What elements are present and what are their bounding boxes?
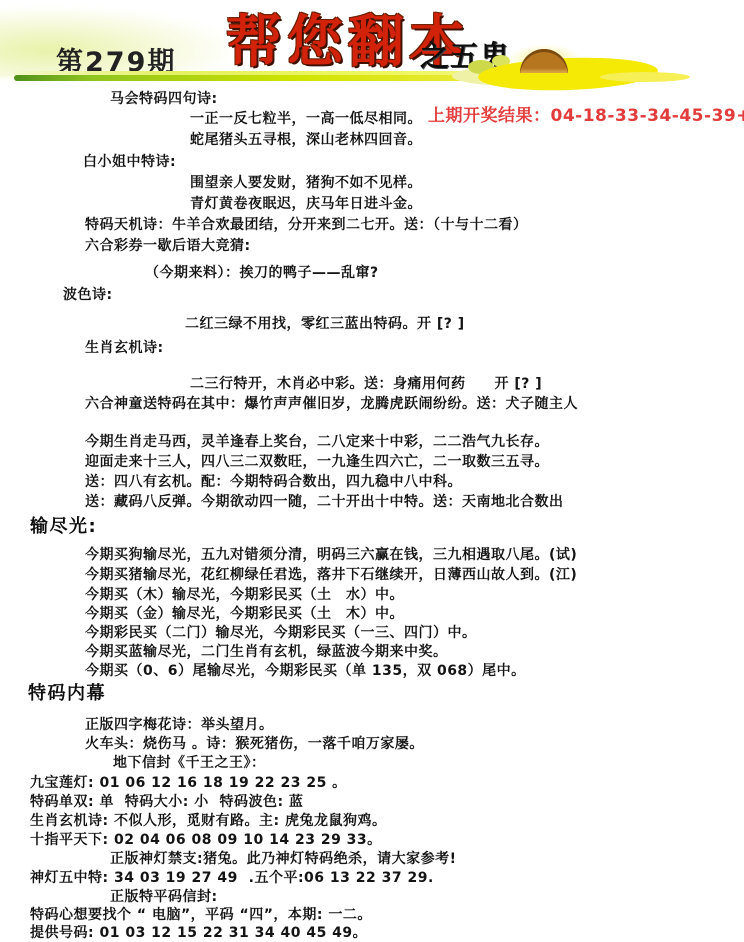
text-line: 火车头：烧伤马 。诗：猴死猪伤，一落千咱万家屡。 (85, 735, 424, 754)
text-line: 六合彩券一歇后语大竞猜: (85, 237, 251, 256)
text-line: 围望亲人要发财，猪狗不如不见样。 (190, 174, 422, 193)
text-line: 蛇尾猪头五寻根，深山老林四回音。 (190, 131, 422, 150)
text-line: 今期买（木）输尽光，今期彩民买（土 水）中。 (85, 586, 404, 605)
text-line: 九宝莲灯: 01 06 12 16 18 19 22 23 25 。 (30, 774, 347, 793)
text-line: （今期来料）：挨刀的鸭子——乱窜? (145, 264, 379, 283)
text-line: 波色诗: (63, 286, 113, 305)
text-line: 今期买（0、6）尾输尽光，今期彩民买（单 135，双 068）尾中。 (85, 662, 526, 681)
text-line: 六合神童送特码在其中：爆竹声声催旧岁，龙腾虎跃闹纷纷。送：犬子随主人 (85, 395, 578, 414)
text-line: 青灯黄卷夜眠迟，庆马年日进斗金。 (190, 195, 422, 214)
text-line: 马会特码四句诗: (110, 90, 218, 109)
text-line: 今期买猪输尽光，花红柳绿任君选，落井下石继续开，日薄西山故人到。(江) (85, 566, 577, 585)
text-line: 生肖玄机诗: (85, 339, 164, 358)
text-line: 今期生肖走马西，灵羊逢春上奖台，二八定来十中彩，二二浩气九长存。 (85, 433, 549, 452)
text-line: 生肖玄机诗: 不似人形，觅财有路。主: 虎兔龙鼠狗鸡。 (30, 812, 386, 831)
text-line: 今期买（金）输尽光，今期彩民买（土 木）中。 (85, 605, 404, 624)
last-draw-numbers: 04-18-33-34-45-39+28 (551, 106, 744, 126)
text-line: 今期彩民买（二门）输尽光，今期彩民买（一三、四门）中。 (85, 624, 477, 643)
text-line: 送：四八有玄机。配：今期特码合数出，四九稳中八中科。 (85, 473, 462, 492)
text-line: 地下信封《千王之王》： (113, 754, 266, 773)
text-line: 提供号码: 01 03 12 15 22 31 34 40 45 49。 (30, 924, 367, 942)
text-line: 一正一反七粒半，一高一低尽相同。 (190, 110, 422, 129)
text-line: 正版四字梅花诗：举头望月。 (85, 716, 274, 735)
text-line: 特码内幕 (28, 684, 106, 703)
text-line: 特码心想要找个 “ 电脑”，平码 “四”，本期: 一二。 (30, 906, 372, 925)
text-line: 迎面走来十三人，四八三二双数旺，一九逢生四六亡，二一取数三五寻。 (85, 453, 549, 472)
text-line: 输尽光: (30, 517, 97, 536)
text-line: 特码天机诗：牛羊合欢最团结，分开来到二七开。送：（十与十二看） (85, 216, 528, 235)
text-line: 二红三绿不用找，零红三蓝出特码。开 [? ] (185, 315, 465, 334)
text-line: 特码单双: 单 特码大小: 小 特码波色: 蓝 (30, 793, 303, 812)
text-line: 二三行特开，木肖必中彩。送：身痛用何药 开 [? ] (190, 375, 542, 394)
text-line: 白小姐中特诗: (83, 153, 176, 172)
text-line: 十指平天下: 02 04 06 08 09 10 14 23 29 33。 (30, 831, 382, 850)
text-line: 正版神灯禁支:猪兔。此乃神灯特码绝杀，请大家参考! (110, 850, 456, 869)
text-line: 今期买狗输尽光，五九对错须分清，明码三六赢在钱，三九相遇取八尾。(试) (85, 546, 577, 565)
text-line: 送：藏码八反弹。今期欲动四一随，二十开出十中特。送：天南地北合数出 (85, 493, 564, 512)
hill-tail-graphic (600, 72, 690, 82)
last-draw-result: 上期开奖结果：04-18-33-34-45-39+28 (428, 101, 744, 126)
last-draw-label: 上期开奖结果： (428, 106, 551, 126)
text-line: 今期买蓝输尽光，二门生肖有玄机，绿蓝波今期来中奖。 (85, 643, 448, 662)
text-line: 神灯五中特: 34 03 19 27 49 .五个平:06 13 22 37 2… (30, 869, 434, 888)
text-line: 正版特平码信封: (110, 888, 218, 907)
